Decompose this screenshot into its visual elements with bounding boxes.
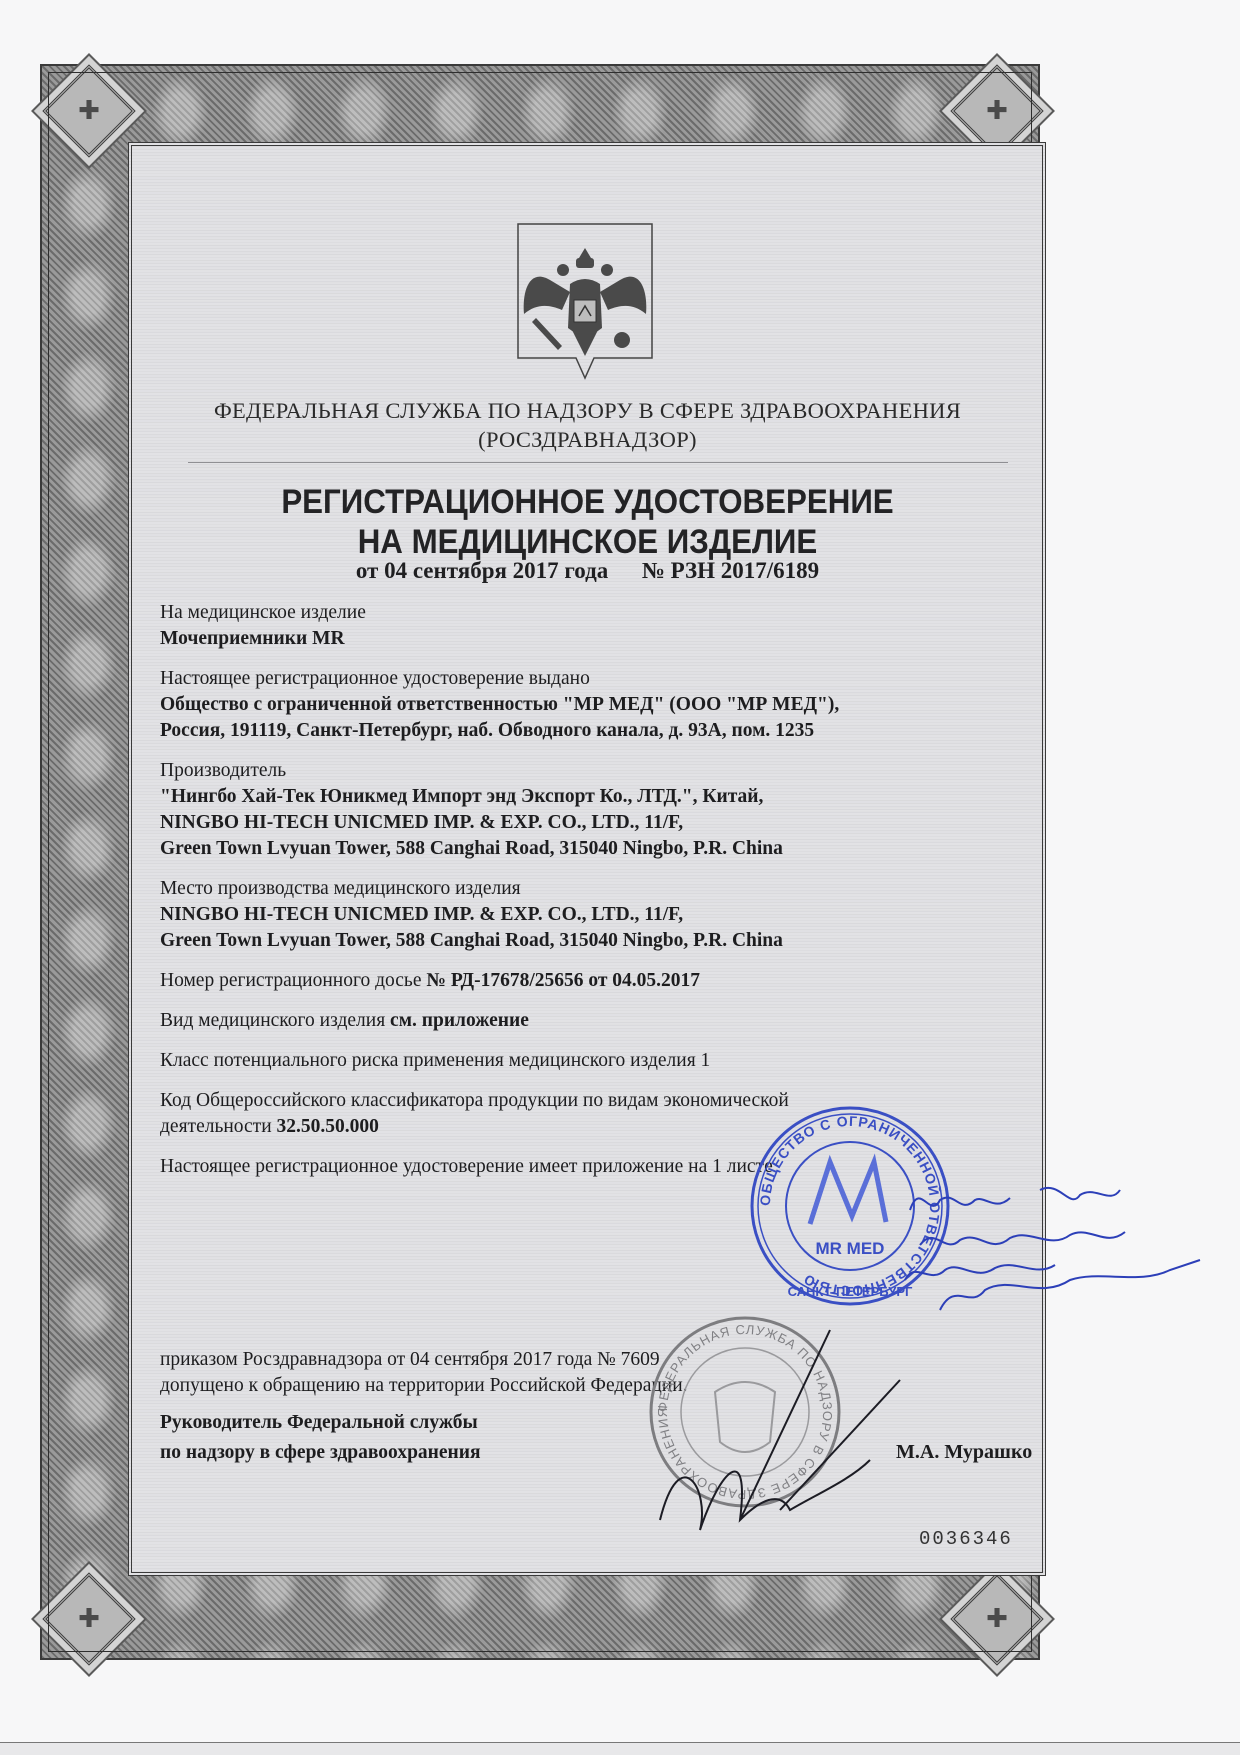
signatory-title-line-1: Руководитель Федеральной службы (160, 1408, 481, 1438)
agency-abbreviation: (РОСЗДРАВНАДЗОР) (130, 425, 1045, 454)
certificate-number: РЗН 2017/6189 (671, 558, 820, 583)
dossier-number: № РД-17678/25656 от 04.05.2017 (426, 970, 700, 991)
manufacturer-name-en: NINGBO HI-TECH UNICMED IMP. & EXP. CO., … (160, 810, 990, 836)
holder-name: Общество с ограниченной ответственностью… (160, 692, 990, 718)
issued-to-label: Настоящее регистрационное удостоверение … (160, 666, 990, 692)
dossier-label: Номер регистрационного досье (160, 970, 421, 991)
manufacturer-section: Производитель "Нингбо Хай-Тек Юникмед Им… (160, 758, 990, 862)
number-sign: № (642, 558, 665, 583)
document-title: РЕГИСТРАЦИОННОЕ УДОСТОВЕРЕНИЕ НА МЕДИЦИН… (167, 482, 1009, 562)
okpd-code: 32.50.50.000 (277, 1116, 379, 1137)
title-line-2: НА МЕДИЦИНСКОЕ ИЗДЕЛИЕ (167, 522, 1009, 562)
production-site-section: Место производства медицинского изделия … (160, 876, 990, 954)
device-section: На медицинское изделие Мочеприемники MR (160, 600, 990, 652)
handwritten-certification (900, 1170, 1210, 1320)
page-edge (0, 1742, 1240, 1755)
manufacturer-label: Производитель (160, 758, 990, 784)
signatory-title: Руководитель Федеральной службы по надзо… (160, 1408, 481, 1468)
device-name: Мочеприемники MR (160, 626, 990, 652)
issue-date: 04 сентября 2017 года (384, 558, 608, 583)
holder-address: Россия, 191119, Санкт-Петербург, наб. Об… (160, 718, 990, 744)
serial-number: 0036346 (919, 1528, 1013, 1550)
coat-of-arms-icon (510, 218, 660, 388)
signatory-title-line-2: по надзору в сфере здравоохранения (160, 1438, 481, 1468)
production-site-address: Green Town Lvyuan Tower, 588 Canghai Roa… (160, 928, 990, 954)
device-type-section: Вид медицинского изделия см. приложение (160, 1008, 990, 1034)
risk-class-section: Класс потенциального риска применения ме… (160, 1048, 990, 1074)
device-type-value: см. приложение (390, 1010, 529, 1031)
manufacturer-address: Green Town Lvyuan Tower, 588 Canghai Roa… (160, 836, 990, 862)
head-signature (640, 1320, 930, 1550)
manufacturer-name-ru: "Нингбо Хай-Тек Юникмед Импорт энд Экспо… (160, 784, 990, 810)
corner-ornament (36, 1566, 136, 1666)
agency-name: ФЕДЕРАЛЬНАЯ СЛУЖБА ПО НАДЗОРУ В СФЕРЕ ЗД… (130, 396, 1045, 425)
certificate-date-number: от 04 сентября 2017 года № РЗН 2017/6189 (130, 558, 1045, 584)
stamp-center-text: MR MED (816, 1239, 885, 1258)
date-prefix: от (356, 558, 379, 583)
device-type-label: Вид медицинского изделия (160, 1010, 385, 1031)
corner-ornament (36, 58, 136, 158)
device-label: На медицинское изделие (160, 600, 990, 626)
risk-class-value: 1 (701, 1050, 711, 1071)
title-line-1: РЕГИСТРАЦИОННОЕ УДОСТОВЕРЕНИЕ (167, 482, 1009, 522)
risk-class-label: Класс потенциального риска применения ме… (160, 1050, 696, 1071)
header-divider (188, 462, 1008, 463)
agency-header: ФЕДЕРАЛЬНАЯ СЛУЖБА ПО НАДЗОРУ В СФЕРЕ ЗД… (130, 396, 1045, 454)
production-site-label: Место производства медицинского изделия (160, 876, 990, 902)
issued-to-section: Настоящее регистрационное удостоверение … (160, 666, 990, 744)
production-site-name: NINGBO HI-TECH UNICMED IMP. & EXP. CO., … (160, 902, 990, 928)
okpd-label-cont: деятельности (160, 1116, 272, 1137)
stamp-city-text: САНКТ-ПЕТЕРБУРГ (788, 1284, 913, 1299)
corner-ornament (944, 1566, 1044, 1666)
dossier-section: Номер регистрационного досье № РД-17678/… (160, 968, 990, 994)
